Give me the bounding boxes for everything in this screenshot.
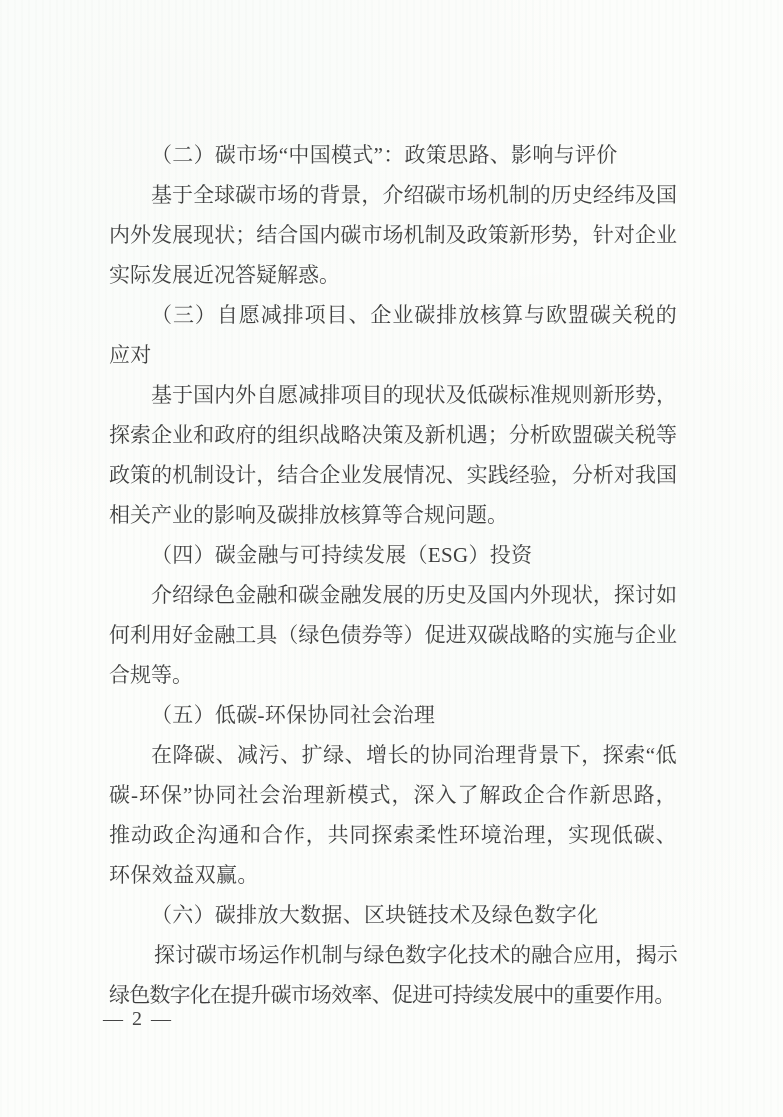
- document-page: （二）碳市场“中国模式”：政策思路、影响与评价 基于全球碳市场的背景，介绍碳市场…: [0, 0, 783, 1117]
- document-content: （二）碳市场“中国模式”：政策思路、影响与评价 基于全球碳市场的背景，介绍碳市场…: [109, 135, 677, 1015]
- page-number: — 2 —: [103, 1004, 173, 1034]
- section-body: 基于国内外自愿减排项目的现状及低碳标准规则新形势，探索企业和政府的组织战略决策及…: [109, 375, 677, 535]
- section-three: （三）自愿减排项目、企业碳排放核算与欧盟碳关税的应对 基于国内外自愿减排项目的现…: [109, 295, 677, 535]
- section-heading: （三）自愿减排项目、企业碳排放核算与欧盟碳关税的应对: [109, 295, 677, 375]
- section-body: 基于全球碳市场的背景，介绍碳市场机制的历史经纬及国内外发展现状；结合国内碳市场机…: [109, 175, 677, 295]
- section-heading: （五）低碳-环保协同社会治理: [109, 695, 677, 735]
- section-four: （四）碳金融与可持续发展（ESG）投资 介绍绿色金融和碳金融发展的历史及国内外现…: [109, 535, 677, 695]
- section-heading: （二）碳市场“中国模式”：政策思路、影响与评价: [109, 135, 677, 175]
- section-heading: （六）碳排放大数据、区块链技术及绿色数字化: [109, 895, 677, 935]
- section-heading: （四）碳金融与可持续发展（ESG）投资: [109, 535, 677, 575]
- section-body: 介绍绿色金融和碳金融发展的历史及国内外现状，探讨如何利用好金融工具（绿色债券等）…: [109, 575, 677, 695]
- section-body: 在降碳、减污、扩绿、增长的协同治理背景下，探索“低碳-环保”协同社会治理新模式，…: [109, 735, 677, 895]
- section-six: （六）碳排放大数据、区块链技术及绿色数字化 探讨碳市场运作机制与绿色数字化技术的…: [109, 895, 677, 1015]
- section-body: 探讨碳市场运作机制与绿色数字化技术的融合应用，揭示绿色数字化在提升碳市场效率、促…: [109, 935, 677, 1015]
- section-five: （五）低碳-环保协同社会治理 在降碳、减污、扩绿、增长的协同治理背景下，探索“低…: [109, 695, 677, 895]
- section-two: （二）碳市场“中国模式”：政策思路、影响与评价 基于全球碳市场的背景，介绍碳市场…: [109, 135, 677, 295]
